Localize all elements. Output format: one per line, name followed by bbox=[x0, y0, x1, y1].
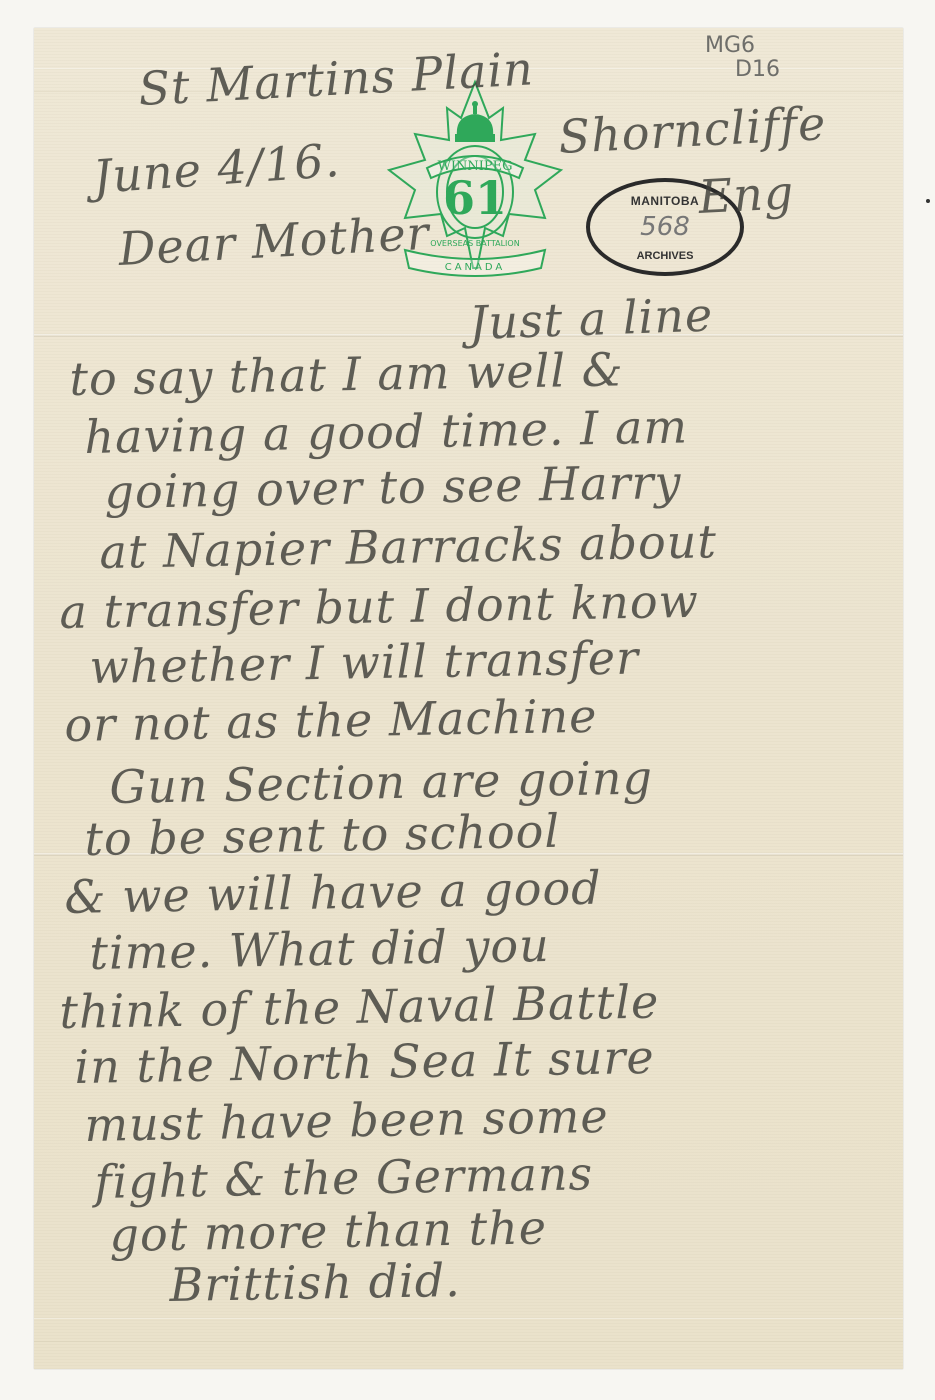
stamp-bottom-text: ARCHIVES bbox=[590, 250, 740, 262]
body-line: time. What did you bbox=[89, 918, 550, 980]
body-line: Just a line bbox=[468, 288, 714, 350]
body-line: having a good time. I am bbox=[84, 399, 688, 464]
body-line: Brittish did. bbox=[169, 1253, 461, 1312]
body-line: to say that I am well & bbox=[69, 342, 624, 406]
body-line: whether I will transfer bbox=[89, 630, 639, 694]
body-line: going over to see Harry bbox=[104, 455, 682, 519]
body-line: must have been some bbox=[84, 1089, 609, 1152]
archive-ref-line2: D16 bbox=[705, 58, 780, 82]
svg-text:OVERSEAS BATTALION: OVERSEAS BATTALION bbox=[430, 239, 519, 248]
body-line: Gun Section are going bbox=[109, 751, 653, 814]
archive-ref-line1: MG6 bbox=[705, 34, 780, 58]
body-line: a transfer but I dont know bbox=[59, 574, 699, 639]
body-line: at Napier Barracks about bbox=[99, 514, 717, 579]
body-line: & we will have a good bbox=[64, 861, 602, 924]
body-line: or not as the Machine bbox=[64, 689, 598, 752]
svg-text:CANADA: CANADA bbox=[445, 262, 506, 273]
archive-reference: MG6 D16 bbox=[705, 34, 780, 82]
body-line: got more than the bbox=[109, 1200, 547, 1262]
body-line: fight & the Germans bbox=[94, 1146, 594, 1209]
paper-emboss bbox=[34, 1318, 903, 1342]
scan-speck bbox=[926, 199, 930, 203]
body-line: in the North Sea It sure bbox=[74, 1030, 655, 1094]
svg-text:61: 61 bbox=[443, 171, 507, 225]
body-line: to be sent to school bbox=[84, 804, 560, 866]
body-line: think of the Naval Battle bbox=[59, 975, 660, 1039]
address-line-3: Eng bbox=[697, 165, 795, 224]
